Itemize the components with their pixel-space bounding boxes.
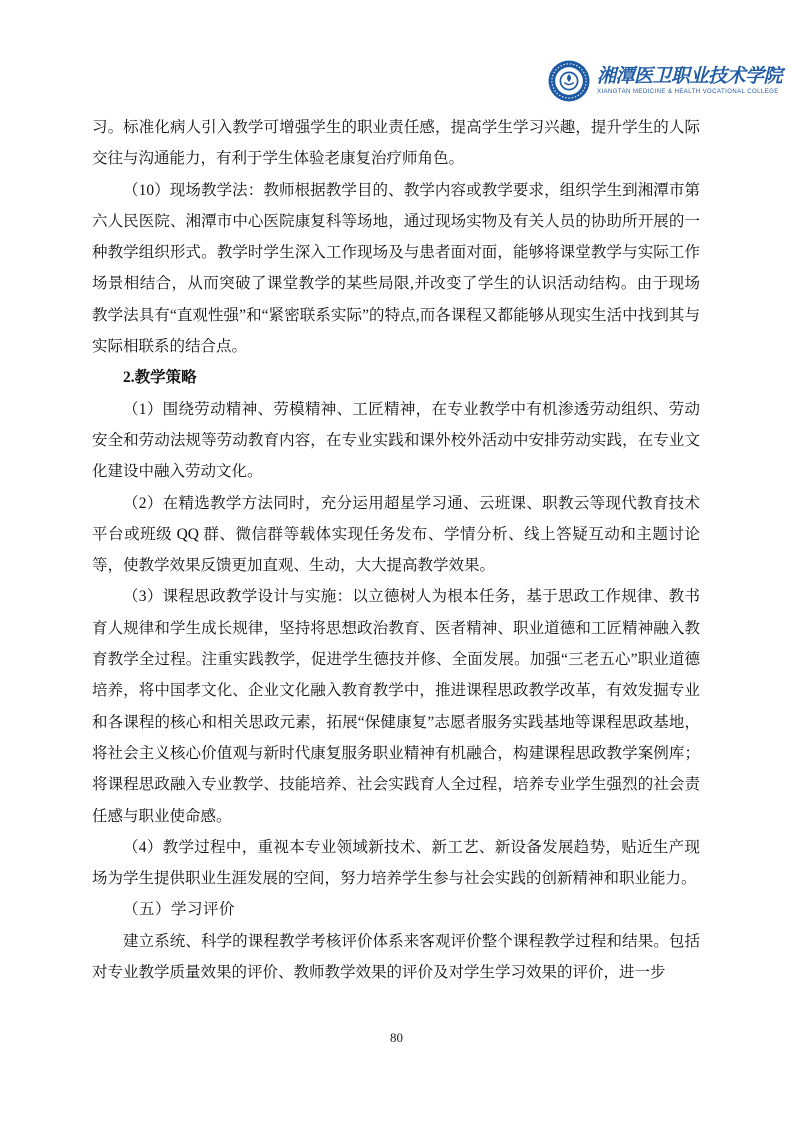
paragraph-evaluation-intro: 建立系统、科学的课程教学考核评价体系来客观评价整个课程教学过程和结果。包括对专业… — [92, 926, 700, 989]
paragraph-strategy-1: （1）围绕劳动精神、劳模精神、工匠精神，在专业教学中有机渗透劳动组织、劳动安全和… — [92, 394, 700, 488]
paragraph-strategy-4: （4）教学过程中，重视本专业领域新技术、新工艺、新设备发展趋势，贴近生产现场为学… — [92, 832, 700, 895]
paragraph-strategy-2: （2）在精选教学方法同时，充分运用超星学习通、云班课、职教云等现代教育技术平台或… — [92, 488, 700, 582]
college-name-zh: 湘潭医卫职业技术学院 — [597, 66, 782, 88]
document-body: 习。标准化病人引入教学可增强学生的职业责任感，提高学生学习兴趣，提升学生的人际交… — [92, 112, 700, 988]
document-page: 湘潭医卫职业技术学院 XIANGTAN MEDICINE & HEALTH VO… — [0, 0, 793, 1122]
section-heading-learning-evaluation: （五）学习评价 — [92, 894, 700, 925]
paragraph-teaching-method-10: （10）现场教学法：教师根据教学目的、教学内容或教学要求，组织学生到湘潭市第六人… — [92, 175, 700, 363]
college-emblem-icon — [548, 60, 590, 102]
section-heading-teaching-strategy: 2.教学策略 — [92, 362, 700, 393]
page-number: 80 — [0, 1030, 793, 1046]
paragraph-strategy-3: （3）课程思政教学设计与实施：以立德树人为根本任务，基于思政工作规律、教书育人规… — [92, 581, 700, 831]
college-logo: 湘潭医卫职业技术学院 XIANGTAN MEDICINE & HEALTH VO… — [548, 60, 782, 102]
college-name-en: XIANGTAN MEDICINE & HEALTH VOCATIONAL CO… — [597, 88, 782, 97]
paragraph-continuation: 习。标准化病人引入教学可增强学生的职业责任感，提高学生学习兴趣，提升学生的人际交… — [92, 112, 700, 175]
college-name-block: 湘潭医卫职业技术学院 XIANGTAN MEDICINE & HEALTH VO… — [597, 66, 782, 97]
